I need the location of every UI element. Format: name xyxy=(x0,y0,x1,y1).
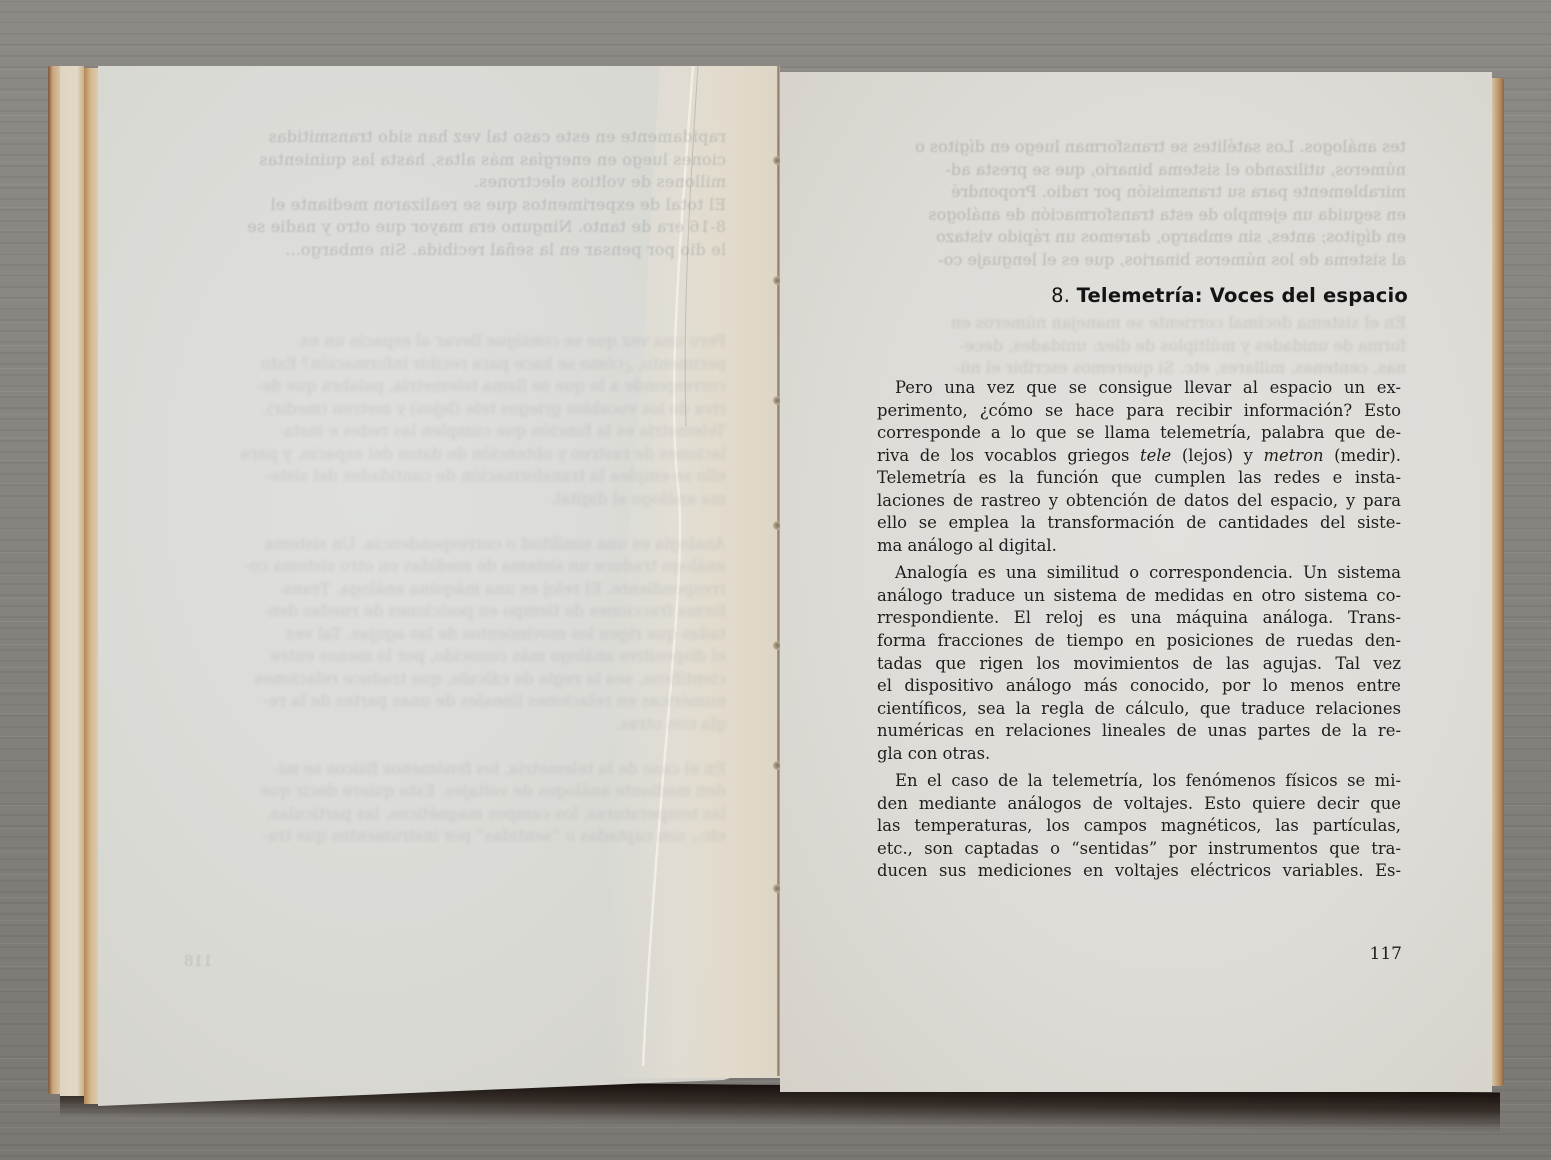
page-number: 117 xyxy=(1356,944,1402,964)
chapter-title: Telemetría: Voces del espacio xyxy=(1077,284,1408,307)
left-page-show-through-folio: 118 xyxy=(184,952,213,970)
page-stack-edge-right xyxy=(1492,78,1504,1086)
chapter-number: 8. xyxy=(1051,284,1070,307)
text-line: laciones de rastreo y obtención de datos… xyxy=(877,490,1401,513)
text-line: numéricas en relaciones lineales de unas… xyxy=(877,720,1401,743)
text-line: Pero una vez que se consigue llevar al e… xyxy=(877,377,1401,400)
text-line: gla con otras. xyxy=(877,743,1401,766)
text-line: forma fracciones de tiempo en posiciones… xyxy=(877,630,1401,653)
text-line-with-italics: riva de los vocablos griegos tele (lejos… xyxy=(877,445,1401,468)
text-line: rrespondiente. El reloj es una máquina a… xyxy=(877,607,1401,630)
text-line: ducen sus mediciones en voltajes eléctri… xyxy=(877,860,1401,883)
right-page-show-through: tes análogos. Los satélites se transform… xyxy=(886,136,1406,271)
paragraph: Analogía es una similitud o corresponden… xyxy=(877,562,1401,765)
left-page-show-through: rapidamente en este caso tal vez han sid… xyxy=(186,126,726,261)
text-line: las temperaturas, los campos magnéticos,… xyxy=(877,815,1401,838)
text-line: ello se emplea la transformación de cant… xyxy=(877,512,1401,535)
page-body-text: Pero una vez que se consigue llevar al e… xyxy=(877,377,1401,888)
italic-term: metron xyxy=(1263,446,1323,465)
page-stack-edge-left xyxy=(60,66,84,1096)
italic-term: tele xyxy=(1140,446,1171,465)
left-page-show-through-lower: Pero una vez que se consigue llevar al e… xyxy=(186,330,726,848)
text-line: Telemetría es la función que cumplen las… xyxy=(877,467,1401,490)
paragraph: Pero una vez que se consigue llevar al e… xyxy=(877,377,1401,557)
text-line: tadas que rigen los movimientos de las a… xyxy=(877,653,1401,676)
text-line: el dispositivo análogo más conocido, por… xyxy=(877,675,1401,698)
text-line: den mediante análogos de voltajes. Esto … xyxy=(877,793,1401,816)
text-line: etc., son captadas o “sentidas” por inst… xyxy=(877,838,1401,861)
text-line: análogo traduce un sistema de medidas en… xyxy=(877,585,1401,608)
paragraph: En el caso de la telemetría, los fenómen… xyxy=(877,770,1401,883)
right-page-show-through-lower: En el sistema decimal corriente se manej… xyxy=(886,312,1406,380)
text-line: perimento, ¿cómo se hace para recibir in… xyxy=(877,400,1401,423)
text-line: En el caso de la telemetría, los fenómen… xyxy=(877,770,1401,793)
page-stack-edge-left-inner xyxy=(84,68,98,1104)
book-cover-edge-left xyxy=(48,66,60,1094)
text-line: corresponde a lo que se llama telemetría… xyxy=(877,422,1401,445)
chapter-heading: 8. Telemetría: Voces del espacio xyxy=(1030,284,1408,307)
text-line: Analogía es una similitud o corresponden… xyxy=(877,562,1401,585)
text-line: científicos, sea la regla de cálculo, qu… xyxy=(877,698,1401,721)
text-line: ma análogo al digital. xyxy=(877,535,1401,558)
